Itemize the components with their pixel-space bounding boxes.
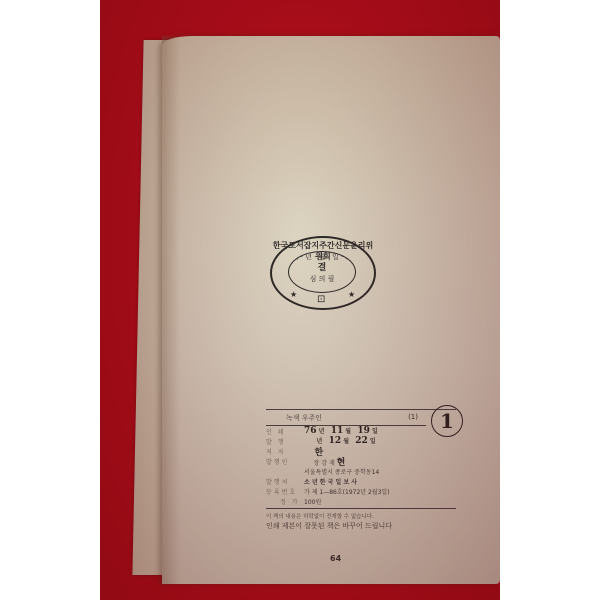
row-label: 인 쇄 (266, 427, 304, 436)
volume-number-circle: 1 (431, 405, 463, 437)
publisher-name: 장 강 재 (314, 460, 335, 467)
registration-number: 가 제 1—86호(1972년 2월3일) (304, 487, 456, 496)
row-label: 정 가 (266, 497, 304, 506)
publishing-house: 소 년 한 국 일 보 사 (304, 477, 456, 486)
volume-label: (1) (408, 413, 418, 423)
colophon: 1 녹색 우주인 (1) 인 쇄 76 년 11 월 19 일 발 행 년 (266, 409, 456, 531)
copyright-note: 이 책의 내용은 허락없이 전재할 수 없습니다. (266, 512, 456, 520)
handwritten-year: 76 (304, 426, 317, 436)
price-row: 정 가 100원 (266, 496, 456, 506)
publisher-person-row: 발행인 장 강 재 현 (266, 456, 456, 466)
handwritten-day: 19 (357, 426, 370, 436)
censorship-stamp: 한국도서잡지주간신문윤리위원회 계 · 년 · 월 · 일 · 호 결 심 의 … (270, 236, 376, 310)
page-number: 64 (330, 554, 341, 563)
registration-row: 등록번호 가 제 1—86호(1972년 2월3일) (266, 486, 456, 496)
price: 100원 (304, 497, 456, 506)
star-icon: ★ (290, 290, 297, 299)
book-icon: ⊡ (317, 294, 325, 305)
address-row: 서울특별시 종로구 중학동14 (266, 466, 456, 476)
row-label: 발행인 (266, 457, 304, 466)
stamp-inner: 계 · 년 · 월 · 일 · 호 결 심 의 필 (288, 251, 356, 293)
colophon-page: 한국도서잡지주간신문윤리위원회 계 · 년 · 월 · 일 · 호 결 심 의 … (162, 36, 500, 584)
book-title: 녹색 우주인 (286, 413, 322, 423)
row-label: 발행처 (266, 477, 304, 486)
print-date-row: 인 쇄 76 년 11 월 19 일 (266, 426, 456, 436)
publishing-house-row: 발행처 소 년 한 국 일 보 사 (266, 476, 456, 486)
handwritten-month: 11 (331, 426, 344, 436)
title-row: 녹색 우주인 (1) (266, 410, 456, 425)
book-photo: 한국도서잡지주간신문윤리위원회 계 · 년 · 월 · 일 · 호 결 심 의 … (100, 0, 500, 600)
divider (266, 508, 456, 509)
exchange-note: 인쇄 제본이 잘못된 책은 바꾸어 드립니다 (266, 521, 456, 531)
stamp-line: 심 의 필 (289, 274, 355, 285)
stamp-line: 결 (289, 263, 355, 274)
row-label: 발 행 (266, 437, 304, 446)
row-label: 등록번호 (266, 487, 304, 496)
row-label: 저 자 (266, 447, 304, 456)
address: 서울특별시 종로구 중학동14 (304, 467, 456, 476)
star-icon: ★ (348, 290, 355, 299)
